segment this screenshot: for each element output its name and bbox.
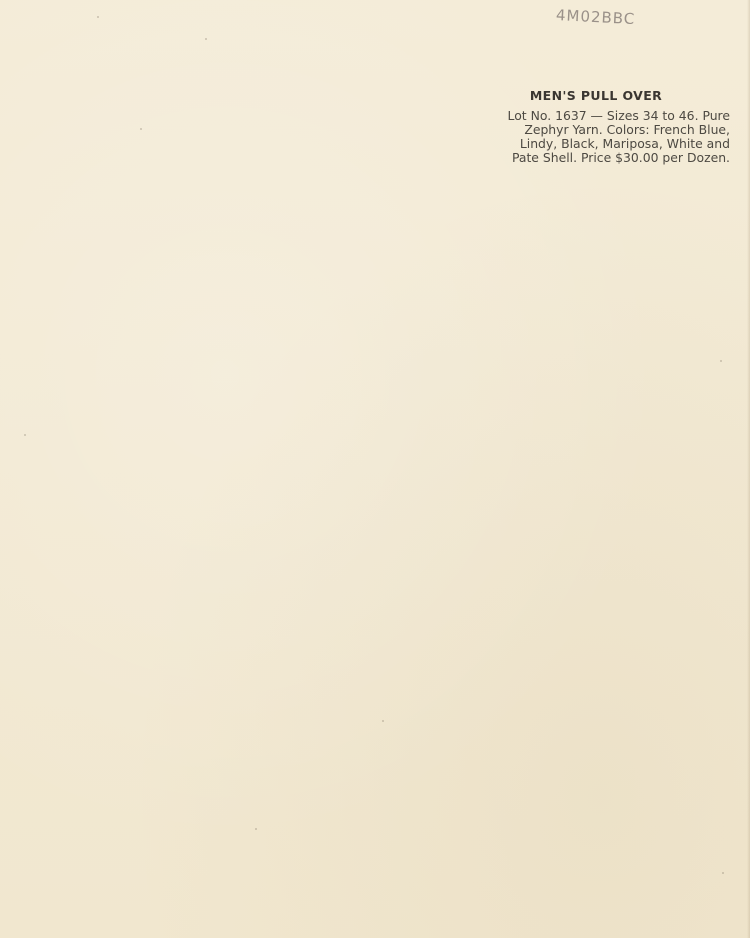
paper-speck xyxy=(255,828,257,830)
description-line: Lindy, Black, Mariposa, White and xyxy=(450,137,730,151)
paper-speck xyxy=(205,38,207,40)
paper-speck xyxy=(722,872,724,874)
item-description-block: MEN'S PULL OVER Lot No. 1637 — Sizes 34 … xyxy=(450,88,730,165)
paper-speck xyxy=(140,128,142,130)
paper-speck xyxy=(24,434,26,436)
paper-speck xyxy=(382,720,384,722)
item-description: Lot No. 1637 — Sizes 34 to 46. Pure Zeph… xyxy=(450,109,730,165)
item-title: MEN'S PULL OVER xyxy=(462,88,730,103)
paper-speck xyxy=(720,360,722,362)
description-line: Zephyr Yarn. Colors: French Blue, xyxy=(450,123,730,137)
description-line: Lot No. 1637 — Sizes 34 to 46. Pure xyxy=(450,109,730,123)
paper-speck xyxy=(97,16,99,18)
description-line: Pate Shell. Price $30.00 per Dozen. xyxy=(450,151,730,165)
